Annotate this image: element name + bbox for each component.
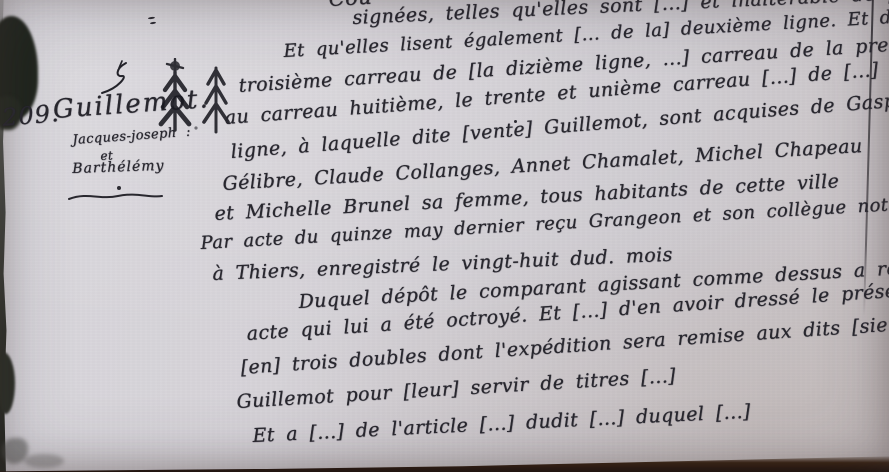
ink-speck <box>148 17 155 20</box>
margin-given-names-2: Barthélémy <box>72 158 165 177</box>
ink-speck <box>150 22 156 25</box>
ink-blot-mid-left <box>0 352 15 414</box>
tree-stamp-left <box>161 59 189 130</box>
manuscript-photo: 209. Guillemot. Jacques-joseph : et Bart… <box>0 0 889 472</box>
smudge-bottom-left-2 <box>24 454 64 468</box>
dark-bottom-band <box>0 455 889 472</box>
underline-flourish-icon <box>66 190 166 204</box>
paraph-flourish-icon <box>92 60 136 102</box>
ink-speck <box>117 186 121 190</box>
